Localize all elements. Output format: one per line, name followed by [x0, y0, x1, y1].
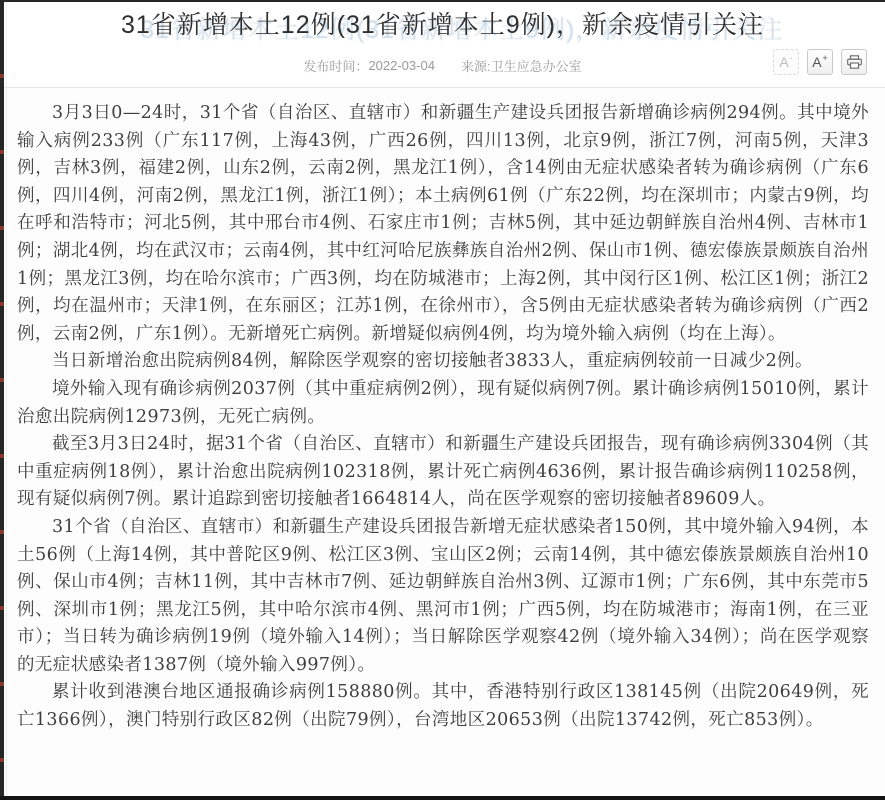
paragraph: 3月3日0—24时，31个省（自治区、直辖市）和新疆生产建设兵团报告新增确诊病例… — [17, 100, 869, 348]
article-header: 31省新增本土12例(31省新增本土9例)，新余疫情引关注 31省新增本土12例… — [0, 2, 885, 88]
paragraph: 当日新增治愈出院病例84例，解除医学观察的密切接触者3833人，重症病例较前一日… — [17, 348, 869, 376]
print-button[interactable] — [841, 49, 867, 75]
font-increase-label: A — [812, 55, 821, 69]
left-edge-bar — [0, 2, 4, 800]
page-title: 31省新增本土12例(31省新增本土9例)，新余疫情引关注 — [0, 5, 885, 41]
font-decrease-label: A — [779, 55, 788, 69]
paragraph: 截至3月3日24时，据31个省（自治区、直辖市）和新疆生产建设兵团报告，现有确诊… — [17, 431, 869, 514]
font-print-toolbar: A- A+ — [773, 49, 867, 75]
font-increase-button[interactable]: A+ — [807, 49, 833, 75]
paragraph: 境外输入现有确诊病例2037例（其中重症病例2例），现有疑似病例7例。累计确诊病… — [17, 376, 869, 431]
source-label: 来源: — [461, 59, 491, 74]
paragraph: 31个省（自治区、直辖市）和新疆生产建设兵团报告新增无症状感染者150例，其中境… — [17, 514, 869, 680]
article-meta: 发布时间：2022-03-04来源:卫生应急办公室 — [0, 56, 885, 75]
paragraph: 累计收到港澳台地区通报确诊病例158880例。其中，香港特别行政区138145例… — [17, 679, 869, 734]
publish-time-value: 2022-03-04 — [368, 58, 435, 73]
publish-time-label: 发布时间： — [303, 59, 368, 74]
printer-icon — [847, 55, 862, 69]
bottom-edge-bar — [0, 796, 885, 800]
title-area: 31省新增本土12例(31省新增本土9例)，新余疫情引关注 31省新增本土12例… — [0, 2, 885, 41]
font-decrease-button[interactable]: A- — [773, 49, 799, 75]
source-value: 卫生应急办公室 — [491, 59, 582, 74]
article-body: 3月3日0—24时，31个省（自治区、直辖市）和新疆生产建设兵团报告新增确诊病例… — [0, 88, 885, 798]
article-page: 31省新增本土12例(31省新增本土9例)，新余疫情引关注 31省新增本土12例… — [0, 0, 885, 800]
